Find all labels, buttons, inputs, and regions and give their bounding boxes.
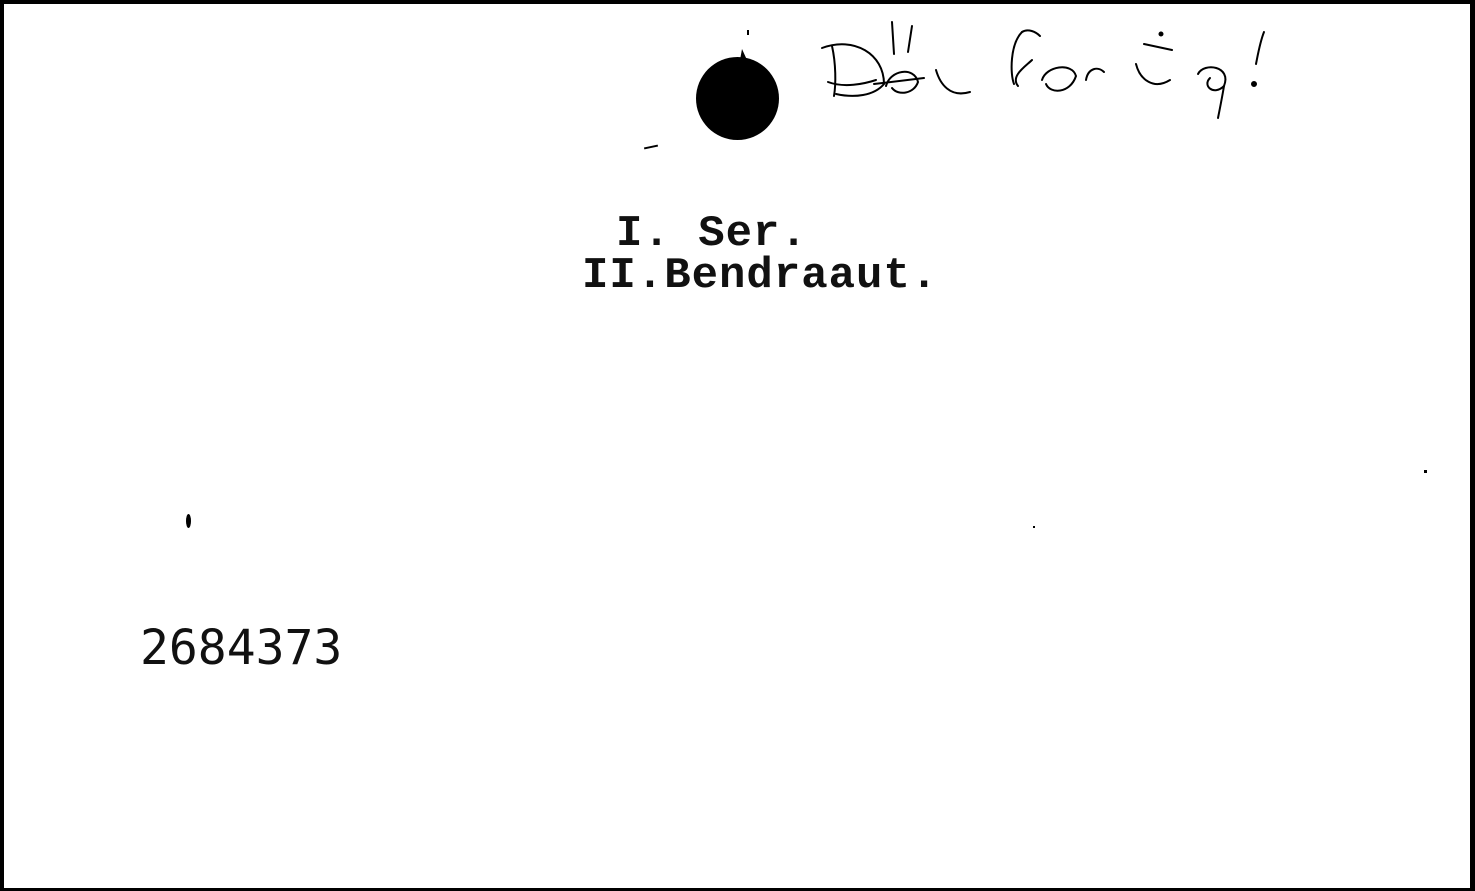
typed-line-series: I. Ser. bbox=[616, 212, 808, 256]
handwritten-annotation: Dån Lów ög! bbox=[814, 14, 1274, 124]
handwriting-strokes bbox=[814, 14, 1274, 124]
typed-line-subject: II.Bendraaut. bbox=[582, 254, 938, 298]
scan-speck bbox=[186, 514, 191, 528]
punch-hole-icon bbox=[696, 57, 779, 140]
scan-speck bbox=[747, 30, 749, 35]
index-card: Dån Lów ög! bbox=[0, 0, 1475, 891]
scan-speck bbox=[1424, 470, 1427, 473]
scan-speck bbox=[1033, 526, 1035, 528]
card-number: 2684373 bbox=[140, 624, 342, 672]
scan-speck bbox=[644, 145, 658, 150]
